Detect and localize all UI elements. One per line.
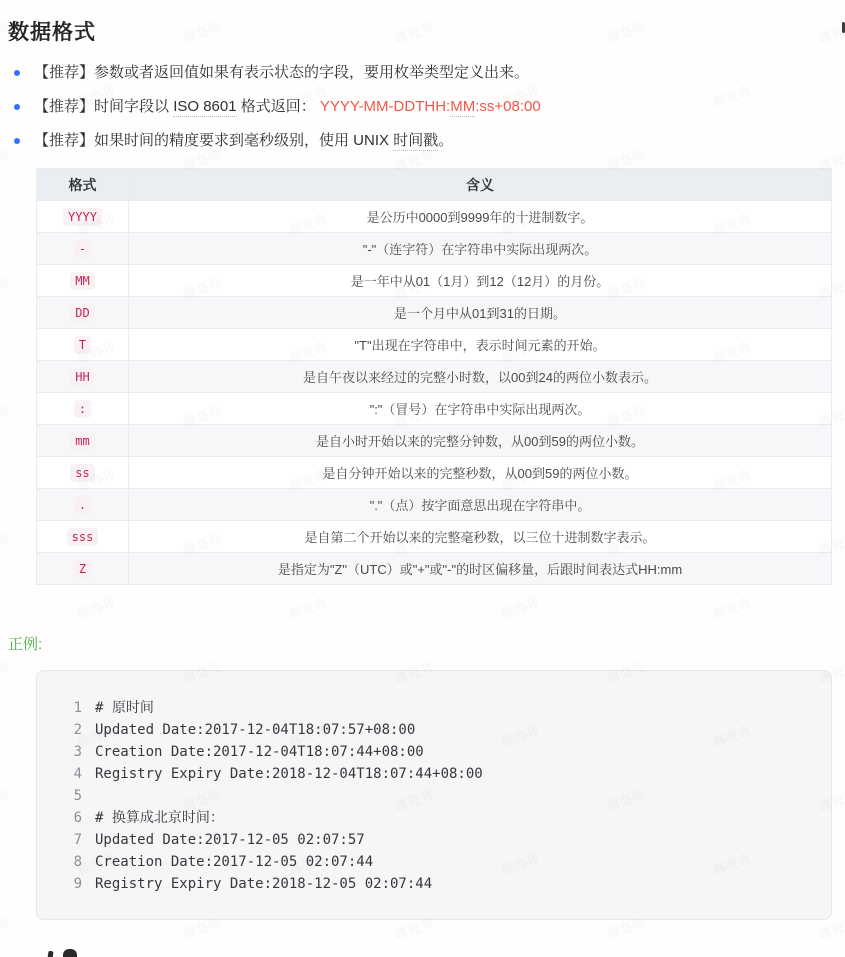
code-text: # 换算成北京时间： bbox=[95, 807, 224, 829]
meaning-cell: "T"出现在字符串中，表示时间元素的开始。 bbox=[129, 329, 832, 361]
positive-example-label: 正例: bbox=[8, 633, 42, 654]
list-item: 【推荐】参数或者返回值如果有表示状态的字段，要用枚举类型定义出来。 bbox=[8, 63, 818, 82]
table-row: YYYY是公历中0000到9999年的十进制数字。 bbox=[37, 201, 832, 233]
format-cell: YYYY bbox=[37, 201, 129, 233]
line-number: 5 bbox=[37, 785, 82, 807]
code-line: 1# 原时间 bbox=[37, 697, 831, 719]
column-header-meaning: 含义 bbox=[129, 169, 832, 201]
date-format-part: :ss+08:00 bbox=[475, 98, 540, 115]
rec-body: 时间字段以 bbox=[94, 98, 173, 115]
line-number: 4 bbox=[37, 763, 82, 785]
format-code-badge: ss bbox=[70, 464, 94, 482]
format-code-badge: YYYY bbox=[63, 208, 102, 226]
iso-term: ISO 8601 bbox=[173, 98, 236, 117]
table-row: :":"（冒号）在字符串中实际出现两次。 bbox=[37, 393, 832, 425]
bullet-icon bbox=[14, 104, 20, 110]
code-line: 3Creation Date:2017-12-04T18:07:44+08:00 bbox=[37, 741, 831, 763]
rec-body: 参数或者返回值如果有表示状态的字段，要用枚举类型定义出来。 bbox=[94, 64, 529, 81]
line-number: 8 bbox=[37, 851, 82, 873]
code-line: 4Registry Expiry Date:2018-12-04T18:07:4… bbox=[37, 763, 831, 785]
format-cell: Z bbox=[37, 553, 129, 585]
bullet-text: 【推荐】如果时间的精度要求到毫秒级别，使用 UNIX 时间戳。 bbox=[34, 131, 453, 150]
format-code-badge: MM bbox=[70, 272, 94, 290]
list-item: 【推荐】如果时间的精度要求到毫秒级别，使用 UNIX 时间戳。 bbox=[8, 131, 818, 150]
document-content: 数据格式 【推荐】参数或者返回值如果有表示状态的字段，要用枚举类型定义出来。 【… bbox=[0, 0, 845, 957]
meaning-cell: 是一年中从01（1月）到12（12月）的月份。 bbox=[129, 265, 832, 297]
date-format-part: MM bbox=[450, 98, 475, 117]
format-cell: mm bbox=[37, 425, 129, 457]
meaning-cell: 是自第二个开始以来的完整毫秒数，以三位十进制数字表示。 bbox=[129, 521, 832, 553]
rec-prefix: 【推荐】 bbox=[34, 132, 94, 149]
format-cell: DD bbox=[37, 297, 129, 329]
code-text: Registry Expiry Date:2018-12-04T18:07:44… bbox=[95, 763, 483, 785]
code-line: 6# 换算成北京时间： bbox=[37, 807, 831, 829]
rec-prefix: 【推荐】 bbox=[34, 98, 94, 115]
code-line: 9Registry Expiry Date:2018-12-05 02:07:4… bbox=[37, 873, 831, 895]
format-cell: : bbox=[37, 393, 129, 425]
table-row: -"-"（连字符）在字符串中实际出现两次。 bbox=[37, 233, 832, 265]
format-cell: MM bbox=[37, 265, 129, 297]
document-page: 蒋亮亮蒋亮亮蒋亮亮蒋亮亮蒋亮亮蒋亮亮蒋亮亮蒋亮亮蒋亮亮蒋亮亮蒋亮亮蒋亮亮蒋亮亮蒋… bbox=[0, 0, 845, 957]
code-line: 2Updated Date:2017-12-04T18:07:57+08:00 bbox=[37, 719, 831, 741]
rec-prefix: 【推荐】 bbox=[34, 64, 94, 81]
code-block: 1# 原时间2Updated Date:2017-12-04T18:07:57+… bbox=[36, 670, 832, 920]
rec-body: 。 bbox=[438, 132, 453, 149]
code-line: 8Creation Date:2017-12-05 02:07:44 bbox=[37, 851, 831, 873]
format-table-body: YYYY是公历中0000到9999年的十进制数字。-"-"（连字符）在字符串中实… bbox=[37, 201, 832, 585]
format-cell: T bbox=[37, 329, 129, 361]
table-header-row: 格式 含义 bbox=[37, 169, 832, 201]
line-number: 6 bbox=[37, 807, 82, 829]
format-code-badge: - bbox=[74, 240, 91, 258]
code-text: Updated Date:2017-12-04T18:07:57+08:00 bbox=[95, 719, 415, 741]
line-number: 7 bbox=[37, 829, 82, 851]
meaning-cell: ":"（冒号）在字符串中实际出现两次。 bbox=[129, 393, 832, 425]
cutoff-glyph bbox=[47, 951, 53, 957]
format-code-badge: HH bbox=[70, 368, 94, 386]
format-cell: HH bbox=[37, 361, 129, 393]
rec-body: 如果时间的精度要求到毫秒级别，使用 UNIX bbox=[94, 132, 393, 149]
code-text: Updated Date:2017-12-05 02:07:57 bbox=[95, 829, 365, 851]
table-row: HH是自午夜以来经过的完整小时数，以00到24的两位小数表示。 bbox=[37, 361, 832, 393]
bullet-icon bbox=[14, 138, 20, 144]
list-item: 【推荐】时间字段以 ISO 8601 格式返回： YYYY-MM-DDTHH:M… bbox=[8, 97, 818, 116]
table-row: ."."（点）按字面意思出现在字符串中。 bbox=[37, 489, 832, 521]
code-text: # 原时间 bbox=[95, 697, 154, 719]
meaning-cell: 是指定为"Z"（UTC）或"+"或"-"的时区偏移量，后跟时间表达式HH:mm bbox=[129, 553, 832, 585]
meaning-cell: 是一个月中从01到31的日期。 bbox=[129, 297, 832, 329]
code-line: 7Updated Date:2017-12-05 02:07:57 bbox=[37, 829, 831, 851]
page-title: 数据格式 bbox=[8, 16, 96, 46]
format-code-badge: T bbox=[74, 336, 91, 354]
meaning-cell: 是公历中0000到9999年的十进制数字。 bbox=[129, 201, 832, 233]
format-code-badge: : bbox=[74, 400, 91, 418]
format-cell: . bbox=[37, 489, 129, 521]
rec-body: 格式返回： bbox=[237, 98, 320, 115]
format-table: 格式 含义 YYYY是公历中0000到9999年的十进制数字。-"-"（连字符）… bbox=[36, 168, 832, 585]
meaning-cell: 是自小时开始以来的完整分钟数，从00到59的两位小数。 bbox=[129, 425, 832, 457]
meaning-cell: "-"（连字符）在字符串中实际出现两次。 bbox=[129, 233, 832, 265]
format-code-badge: Z bbox=[74, 560, 91, 578]
format-cell: sss bbox=[37, 521, 129, 553]
timestamp-term: 时间戳 bbox=[393, 132, 438, 151]
format-code-badge: sss bbox=[67, 528, 99, 546]
table-row: sss是自第二个开始以来的完整毫秒数，以三位十进制数字表示。 bbox=[37, 521, 832, 553]
date-format-code: YYYY-MM-DDTHH:MM:ss+08:00 bbox=[320, 98, 541, 117]
table-row: T"T"出现在字符串中，表示时间元素的开始。 bbox=[37, 329, 832, 361]
code-text: Creation Date:2017-12-04T18:07:44+08:00 bbox=[95, 741, 424, 763]
code-text: Creation Date:2017-12-05 02:07:44 bbox=[95, 851, 373, 873]
bullet-text: 【推荐】时间字段以 ISO 8601 格式返回： YYYY-MM-DDTHH:M… bbox=[34, 97, 541, 116]
format-code-badge: DD bbox=[70, 304, 94, 322]
line-number: 1 bbox=[37, 697, 82, 719]
cutoff-glyph bbox=[63, 949, 77, 957]
table-row: MM是一年中从01（1月）到12（12月）的月份。 bbox=[37, 265, 832, 297]
format-code-badge: mm bbox=[70, 432, 94, 450]
date-format-part: YYYY-MM-DDTHH: bbox=[320, 98, 450, 115]
format-code-badge: . bbox=[74, 496, 91, 514]
bullet-icon bbox=[14, 70, 20, 76]
column-header-format: 格式 bbox=[37, 169, 129, 201]
meaning-cell: 是自午夜以来经过的完整小时数，以00到24的两位小数表示。 bbox=[129, 361, 832, 393]
bullet-text: 【推荐】参数或者返回值如果有表示状态的字段，要用枚举类型定义出来。 bbox=[34, 63, 529, 82]
line-number: 9 bbox=[37, 873, 82, 895]
meaning-cell: 是自分钟开始以来的完整秒数，从00到59的两位小数。 bbox=[129, 457, 832, 489]
code-text: Registry Expiry Date:2018-12-05 02:07:44 bbox=[95, 873, 432, 895]
table-row: DD是一个月中从01到31的日期。 bbox=[37, 297, 832, 329]
format-cell: - bbox=[37, 233, 129, 265]
table-row: mm是自小时开始以来的完整分钟数，从00到59的两位小数。 bbox=[37, 425, 832, 457]
line-number: 3 bbox=[37, 741, 82, 763]
next-section-cutoff bbox=[0, 948, 845, 957]
table-row: ss是自分钟开始以来的完整秒数，从00到59的两位小数。 bbox=[37, 457, 832, 489]
line-number: 2 bbox=[37, 719, 82, 741]
format-cell: ss bbox=[37, 457, 129, 489]
code-line: 5 bbox=[37, 785, 831, 807]
table-row: Z是指定为"Z"（UTC）或"+"或"-"的时区偏移量，后跟时间表达式HH:mm bbox=[37, 553, 832, 585]
meaning-cell: "."（点）按字面意思出现在字符串中。 bbox=[129, 489, 832, 521]
recommendation-list: 【推荐】参数或者返回值如果有表示状态的字段，要用枚举类型定义出来。 【推荐】时间… bbox=[8, 63, 818, 165]
